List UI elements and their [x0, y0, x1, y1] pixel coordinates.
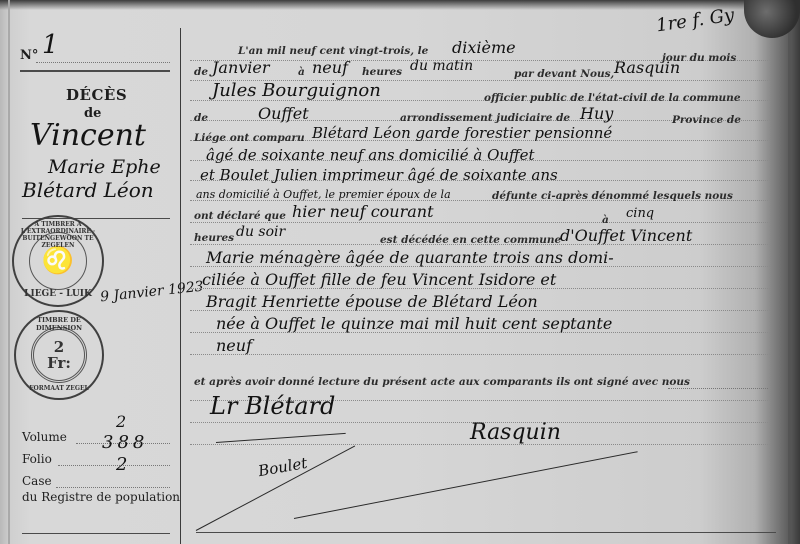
- printed-text: Province de: [672, 114, 741, 126]
- volume-label: Volume: [22, 430, 67, 444]
- signature-flourish: [216, 433, 346, 443]
- number-underline: [20, 70, 170, 72]
- deceased-spouse-name: Blétard Léon: [22, 178, 154, 202]
- printed-text: heures: [194, 232, 234, 244]
- ruled-line: [190, 354, 770, 355]
- case-value: 2: [116, 454, 127, 475]
- stamp-two-value: 2: [54, 339, 64, 355]
- signature-rasquin: Rasquin: [470, 420, 561, 445]
- closing-statement: et après avoir donné lecture du présent …: [194, 376, 690, 388]
- printed-text: à: [298, 66, 305, 78]
- printed-text: défunte ci-après dénommé lesquels nous: [492, 190, 733, 202]
- printed-text: de: [194, 66, 208, 78]
- closing-dotted-line: [668, 388, 768, 389]
- printed-text: ont déclaré que: [194, 210, 286, 222]
- handwritten-officer-name: Jules Bourguignon: [212, 80, 381, 101]
- handwritten-arrondissement: Huy: [580, 104, 613, 123]
- handwritten-declarant-one-detail: âgé de soixante neuf ans domicilié à Ouf…: [206, 146, 535, 164]
- printed-text: par devant Nous,: [514, 68, 614, 80]
- printed-text: est décédée en cette commune: [380, 234, 561, 246]
- handwritten-deceased-detail: Marie ménagère âgée de quarante trois an…: [206, 248, 614, 267]
- handwritten-month: Janvier: [212, 58, 270, 77]
- stamp-two-ring-top: TIMBRE DE DIMENSION: [16, 316, 102, 332]
- handwritten-declarant-two-detail: ans domicilié à Ouffet, le premier époux…: [196, 188, 451, 201]
- handwritten-hour: neuf: [312, 58, 348, 77]
- handwritten-death-period: du soir: [236, 224, 285, 240]
- folio-dotted-line: [58, 465, 170, 466]
- case-dotted-line: [56, 487, 170, 488]
- stamp-one-ring-top: A TIMBRER A L'EXTRAORDINAIRE · BUITENGEW…: [14, 221, 102, 249]
- left-fold: [8, 0, 10, 544]
- record-title: DÉCÈS: [66, 86, 127, 104]
- laurel-wreath-icon: 2 Fr:: [31, 327, 87, 383]
- handwritten-deceased-birth-year: neuf: [216, 336, 252, 355]
- handwritten-deceased-birth: née à Ouffet le quinze mai mil huit cent…: [216, 314, 612, 333]
- handwritten-deceased-name: d'Ouffet Vincent: [560, 226, 692, 245]
- handwritten-declarant-one: Blétard Léon garde forestier pensionné: [312, 124, 612, 142]
- stamp-two-ring-bottom: FORMAAT ZEGEL: [16, 385, 102, 392]
- folio-label: Folio: [22, 452, 52, 466]
- printed-text: heures: [362, 66, 402, 78]
- handwritten-period: du matin: [410, 58, 473, 74]
- handwritten-declarant-two: et Boulet Julien imprimeur âgé de soixan…: [200, 166, 558, 184]
- record-number-value: 1: [42, 30, 59, 60]
- liege-luik-stamp: A TIMBRER A L'EXTRAORDINAIRE · BUITENGEW…: [12, 215, 104, 307]
- printed-text: L'an mil neuf cent vingt-trois, le: [238, 45, 428, 57]
- top-shadow: [0, 0, 800, 10]
- volume-value: 2: [116, 412, 126, 431]
- printed-text: Liége ont comparu: [194, 132, 305, 144]
- margin-bottom-line: [22, 533, 170, 534]
- thumb-shadow: [744, 0, 800, 38]
- printed-text: officier public de l'état-civil de la co…: [484, 92, 741, 104]
- handwritten-commune: Ouffet: [258, 104, 309, 123]
- handwritten-deceased-parents: ciliée à Ouffet fille de feu Vincent Isi…: [202, 270, 556, 289]
- handwritten-day: dixième: [452, 38, 516, 57]
- deceased-surname: Vincent: [30, 118, 146, 153]
- handwritten-deceased-mother: Bragit Henriette épouse de Blétard Léon: [206, 292, 538, 311]
- right-binding-edge: [788, 30, 791, 544]
- record-number-label: N°: [20, 48, 38, 63]
- printed-text: à: [602, 214, 609, 226]
- body-bottom-line: [196, 532, 776, 533]
- handwritten-death-hour: cinq: [626, 206, 654, 221]
- handwritten-death-date: hier neuf courant: [292, 202, 434, 221]
- dimension-stamp: TIMBRE DE DIMENSION 2 Fr: FORMAAT ZEGEL: [14, 310, 104, 400]
- registre-label: du Registre de population: [22, 490, 180, 504]
- stamp-two-unit: Fr:: [47, 355, 71, 371]
- folio-value: 388: [102, 432, 148, 453]
- document-page: 1re f. Gy N° 1 DÉCÈS de Vincent Marie Ep…: [0, 0, 800, 544]
- stamp-one-ring-bottom: LIEGE - LUIK: [14, 289, 102, 299]
- signature-flourish: [294, 451, 638, 519]
- stamp-date: 9 Janvier 1923: [99, 279, 204, 306]
- handwritten-officer-surname: Rasquin: [614, 58, 680, 77]
- signature-bletard: Lr Blétard: [210, 392, 335, 420]
- number-dotted-line: [36, 62, 170, 63]
- printed-text: arrondissement judiciaire de: [400, 112, 570, 124]
- ruled-line: [190, 222, 770, 223]
- case-label: Case: [22, 474, 52, 488]
- deceased-given-name: Marie Ephe: [48, 156, 161, 178]
- signature-boulet: Boulet: [257, 454, 309, 480]
- printed-text: de: [194, 112, 208, 124]
